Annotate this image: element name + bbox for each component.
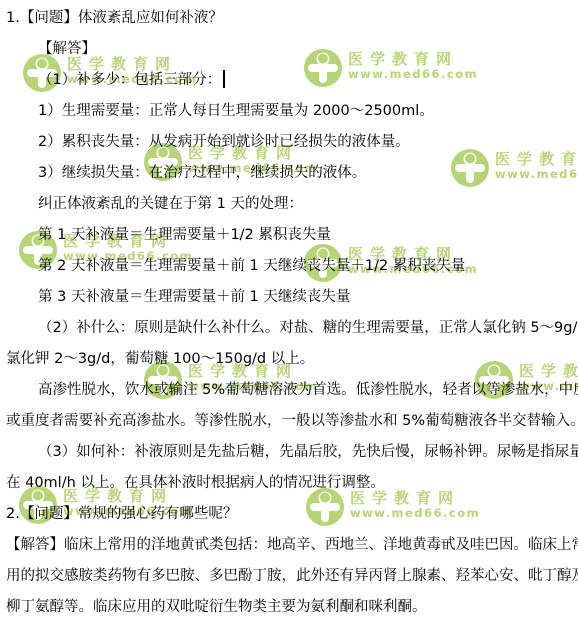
text-line[interactable]: 高渗性脱水，饮水或输注 5%葡萄糖溶液为首选。低渗性脱水，轻者以等渗盐水，中度	[0, 375, 578, 406]
answer-1-label[interactable]: 【解答】	[0, 34, 578, 65]
text-line[interactable]: 或重度者需要补充高渗盐水。等渗性脱水，一般以等渗盐水和 5%葡萄糖液各半交替输入…	[0, 406, 578, 437]
formula-day2-line[interactable]: 第 2 天补液量＝生理需要量＋前 1 天继续丧失量＋1/2 累积丧失量	[0, 251, 578, 282]
text-line[interactable]: 2）累积丧失量：从发病开始到就诊时已经损失的液体量。	[0, 127, 578, 158]
text-line[interactable]: 3）继续损失量：在治疗过程中，继续损失的液体。	[0, 158, 578, 189]
answer-2-line[interactable]: 用的拟交感胺类药物有多巴胺、多巴酚丁胺，此外还有异丙肾上腺素、羟苯心安、吡丁醇及	[0, 561, 578, 592]
formula-day3-line[interactable]: 第 3 天补液量＝生理需要量＋前 1 天继续丧失量	[0, 282, 578, 313]
answer-2-line[interactable]: 柳丁氨醇等。临床应用的双吡啶衍生物类主要为氨利酮和咪利酮。	[0, 592, 578, 623]
answer-2-line[interactable]: 【解答】临床上常用的洋地黄甙类包括：地高辛、西地兰、洋地黄毒甙及哇巴因。临床上常	[0, 530, 578, 561]
formula-day1-line[interactable]: 第 1 天补液量＝生理需要量＋1/2 累积丧失量	[0, 220, 578, 251]
text-line[interactable]: 氯化钾 2～3g/d，葡萄糖 100～150g/d 以上。	[0, 344, 578, 375]
text-line[interactable]: 1）生理需要量：正常人每日生理需要量为 2000～2500ml。	[0, 96, 578, 127]
text-line[interactable]: （3）如何补：补液原则是先盐后糖，先晶后胶，先快后慢，尿畅补钾。尿畅是指尿量	[0, 437, 578, 468]
text-line[interactable]: （2）补什么：原则是缺什么补什么。对盐、糖的生理需要量，正常人氯化钠 5～9g/…	[0, 313, 578, 344]
question-2-title[interactable]: 2.【问题】常规的强心药有哪些呢？	[0, 499, 578, 530]
text-line-content: （1）补多少：包括三部分：	[38, 72, 221, 88]
text-cursor	[223, 70, 225, 88]
text-line[interactable]: 纠正体液紊乱的关键在于第 1 天的处理：	[0, 189, 578, 220]
document-text-area[interactable]: 1.【问题】体液紊乱应如何补液？ 【解答】 （1）补多少：包括三部分： 1）生理…	[0, 3, 578, 623]
question-1-title[interactable]: 1.【问题】体液紊乱应如何补液？	[0, 3, 578, 34]
text-line[interactable]: （1）补多少：包括三部分：	[0, 65, 578, 96]
text-line[interactable]: 在 40ml/h 以上。在具体补液时根据病人的情况进行调整。	[0, 468, 578, 499]
document-page: 医学教育网www.med66.com 医学教育网www.med66.com 医学…	[0, 0, 578, 623]
